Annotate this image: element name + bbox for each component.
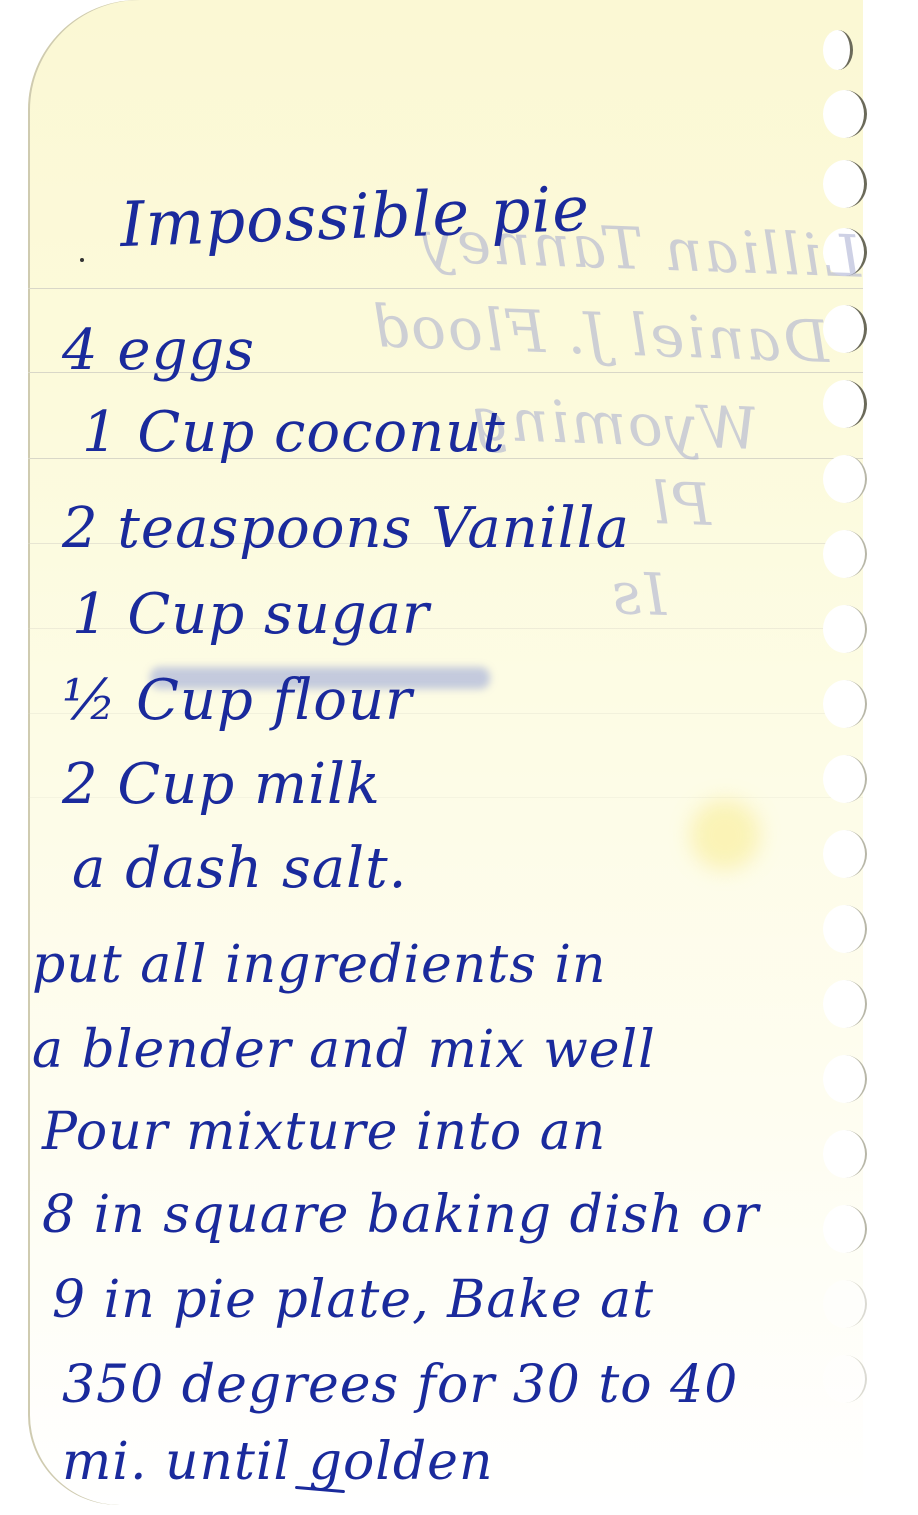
- bleed-through-text: Is: [609, 559, 668, 629]
- binder-hole: [823, 530, 867, 578]
- binder-hole: [823, 680, 867, 728]
- instruction-line: a blender and mix well: [32, 1020, 656, 1080]
- ingredient-item: 2 Cup milk: [62, 752, 381, 817]
- binder-hole: [823, 90, 867, 138]
- stain: [690, 800, 760, 870]
- ink-dot: [80, 258, 84, 262]
- instruction-line: put all ingredients in: [32, 935, 606, 995]
- binder-hole: [823, 830, 867, 878]
- binder-hole: [823, 160, 867, 208]
- ingredient-item: 1 Cup sugar: [72, 582, 430, 647]
- binder-hole: [823, 1130, 867, 1178]
- ingredient-item: 4 eggs: [62, 318, 255, 383]
- binder-hole: [823, 905, 867, 953]
- binder-hole: [823, 605, 867, 653]
- binder-hole: [823, 980, 867, 1028]
- ruled-line: [28, 288, 863, 289]
- binder-hole: [823, 1055, 867, 1103]
- bleed-through-text: Wyoming: [469, 385, 759, 463]
- instruction-line: Pour mixture into an: [42, 1102, 606, 1162]
- ingredient-item: 1 Cup coconut: [82, 400, 506, 465]
- ingredient-item: a dash salt.: [72, 836, 407, 901]
- instruction-line: 8 in square baking dish or: [42, 1185, 759, 1245]
- ingredient-item: 2 teaspoons Vanilla: [62, 496, 630, 561]
- binder-hole: [823, 1205, 867, 1253]
- binder-hole: [823, 30, 853, 70]
- binder-hole: [823, 380, 867, 428]
- binder-hole: [823, 455, 867, 503]
- instruction-line: 9 in pie plate, Bake at: [52, 1270, 654, 1330]
- instruction-line: mi. until golden: [62, 1432, 493, 1492]
- ingredient-item: ½ Cup flour: [62, 668, 413, 733]
- instruction-line: 350 degrees for 30 to 40: [62, 1355, 738, 1415]
- bleed-through-text: Pl: [649, 469, 713, 539]
- binder-hole: [823, 755, 867, 803]
- binder-hole: [823, 1280, 867, 1328]
- binder-hole: [823, 1355, 867, 1403]
